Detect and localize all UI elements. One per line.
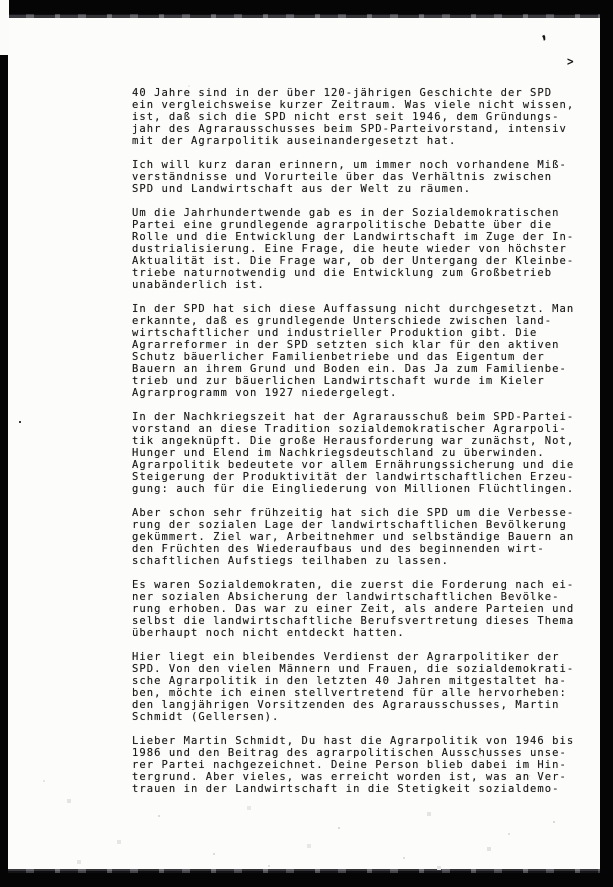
paragraph: Lieber Martin Schmidt, Du hast die Agrar… (132, 735, 584, 795)
paragraph: Ich will kurz daran erinnern, um immer n… (132, 159, 584, 195)
scanner-background: { "colors": { "paper": "#fcfcfa", "ink":… (0, 0, 613, 887)
scan-corner-patch (0, 0, 9, 55)
stray-ink-mark-icon: ’ (537, 31, 554, 52)
paragraph: Es waren Sozialdemokraten, die zuerst di… (132, 579, 584, 639)
paragraph: In der SPD hat sich diese Auffassung nic… (132, 303, 584, 399)
page-top-edge (8, 14, 600, 18)
paragraph: 40 Jahre sind in der über 120-jährigen G… (132, 87, 584, 147)
paragraph: Hier liegt ein bleibendes Verdienst der … (132, 651, 584, 723)
paragraph: In der Nachkriegszeit hat der Agraraussc… (132, 411, 584, 495)
paragraph: Aber schon sehr frühzeitig hat sich die … (132, 507, 584, 567)
scanned-page: ’ > 40 Jahre sind in der über 120-jährig… (8, 15, 600, 871)
page-bottom-edge (8, 869, 600, 873)
paragraph: Um die Jahrhundertwende gab es in der So… (132, 207, 584, 291)
text-block: 40 Jahre sind in der über 120-jährigen G… (132, 87, 584, 807)
arrow-ink-mark-icon: > (567, 54, 574, 69)
